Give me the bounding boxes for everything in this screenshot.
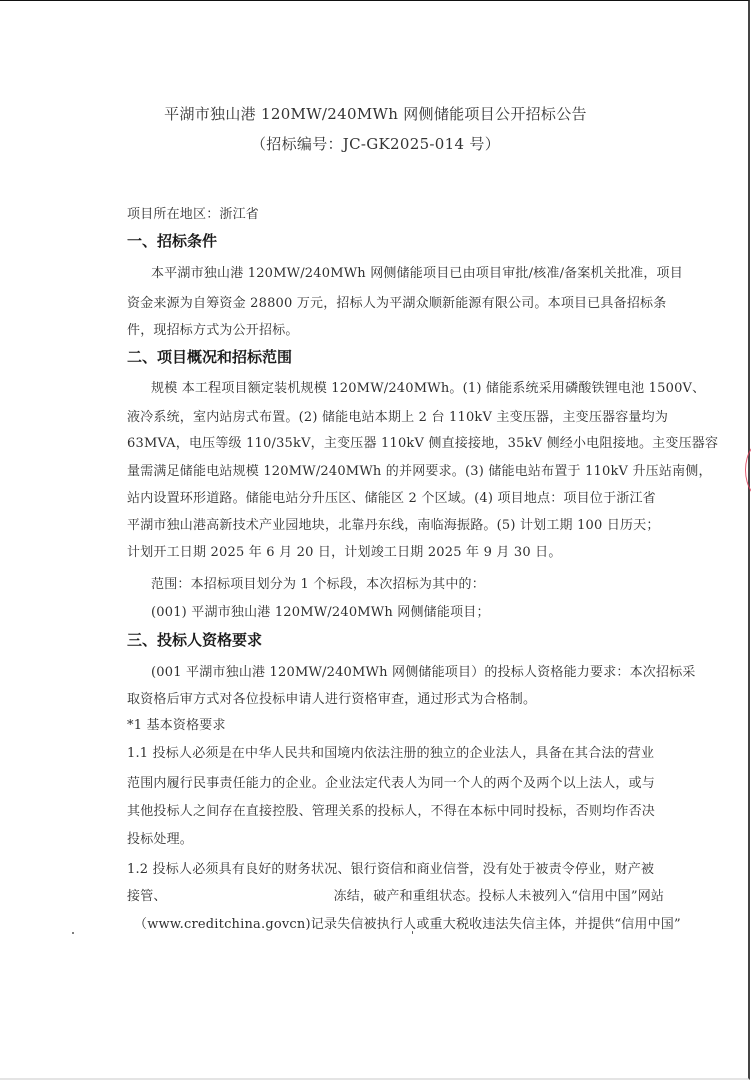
paragraph-line: 63MVA，电压等级 110/35kV，主变压器 110kV 侧直接接地，35k… — [127, 432, 718, 451]
paragraph-line: 范围内履行民事责任能力的企业。企业法定代表人为同一个人的两个及两个以上法人，或与 — [127, 772, 655, 791]
document-title: 平湖市独山港 120MW/240MWh 网侧储能项目公开招标公告 — [0, 103, 751, 124]
document-page: 平湖市独山港 120MW/240MWh 网侧储能项目公开招标公告 （招标编号：J… — [0, 0, 750, 1080]
paragraph-line: 资金来源为自筹资金 28800 万元，招标人为平湖众顺新能源有限公司。本项目已具… — [127, 292, 666, 311]
scope-line: (001) 平湖市独山港 120MW/240MWh 网侧储能项目； — [151, 601, 490, 620]
paragraph-line: 1.2 投标人必须具有良好的财务状况、银行资信和商业信誉，没有处于被责令停业，财… — [127, 858, 654, 877]
subheading-basic-requirements: *1 基本资格要求 — [127, 714, 226, 733]
paragraph-line: 计划开工日期 2025 年 6 月 20 日，计划竣工日期 2025 年 9 月… — [127, 541, 562, 560]
project-region: 项目所在地区：浙江省 — [127, 203, 259, 222]
paragraph-line: 其他投标人之间存在直接控股、管理关系的投标人，不得在本标中同时投标，否则均作否决 — [127, 800, 655, 819]
paragraph-line: 接管、冻结，破产和重组状态。投标人未被列入“信用中国”网站 — [127, 885, 664, 904]
text-fragment: 冻结，破产和重组状态。投标人未被列入“信用中国”网站 — [334, 889, 665, 904]
tender-number: （招标编号：JC-GK2025-014 号） — [0, 133, 751, 154]
paragraph-line: 液冷系统，室内站房式布置。(2) 储能电站本期上 2 台 110kV 主变压器，… — [127, 406, 668, 425]
section-heading-tender-conditions: 一、招标条件 — [127, 230, 217, 251]
paragraph-line: (001 平湖市独山港 120MW/240MWh 网侧储能项目）的投标人资格能力… — [151, 661, 696, 680]
paragraph-line: 平湖市独山港高新技术产业园地块，北靠丹东线，南临海振路。(5) 计划工期 100… — [127, 514, 660, 533]
text-fragment: 接管、 — [127, 889, 167, 904]
paragraph-line: 1.1 投标人必须是在中华人民共和国境内依法注册的独立的企业法人，具备在其合法的… — [127, 742, 654, 761]
paragraph-line: 取资格后审方式对各位投标申请人进行资格审查，通过形式为合格制。 — [127, 688, 536, 707]
paragraph-line: 投标处理。 — [127, 828, 193, 847]
paragraph-line: （www.creditchina.govcn)记录失信被执行人或重大税收违法失信… — [134, 913, 681, 932]
paragraph-line: 站内设置环形道路。储能电站分升压区、储能区 2 个区域。(4) 项目地点：项目位… — [127, 487, 656, 506]
paragraph-line: 量需满足储能电站规模 120MW/240MWh 的并网要求。(3) 储能电站布置… — [127, 460, 712, 479]
scan-speck — [72, 932, 74, 934]
paragraph-line: 件，现招标方式为公开招标。 — [127, 319, 299, 338]
red-seal-stamp-edge — [745, 439, 751, 501]
section-heading-bidder-qualifications: 三、投标人资格要求 — [127, 629, 262, 650]
section-heading-project-overview: 二、项目概况和招标范围 — [127, 346, 292, 367]
paragraph-line: 本平湖市独山港 120MW/240MWh 网侧储能项目已由项目审批/核准/备案机… — [151, 262, 683, 281]
scope-line: 范围：本招标项目划分为 1 个标段，本次招标为其中的： — [151, 573, 485, 592]
paragraph-line: 规模 本工程项目额定装机规模 120MW/240MWh。(1) 储能系统采用磷酸… — [151, 377, 705, 396]
scan-speck — [412, 931, 413, 934]
